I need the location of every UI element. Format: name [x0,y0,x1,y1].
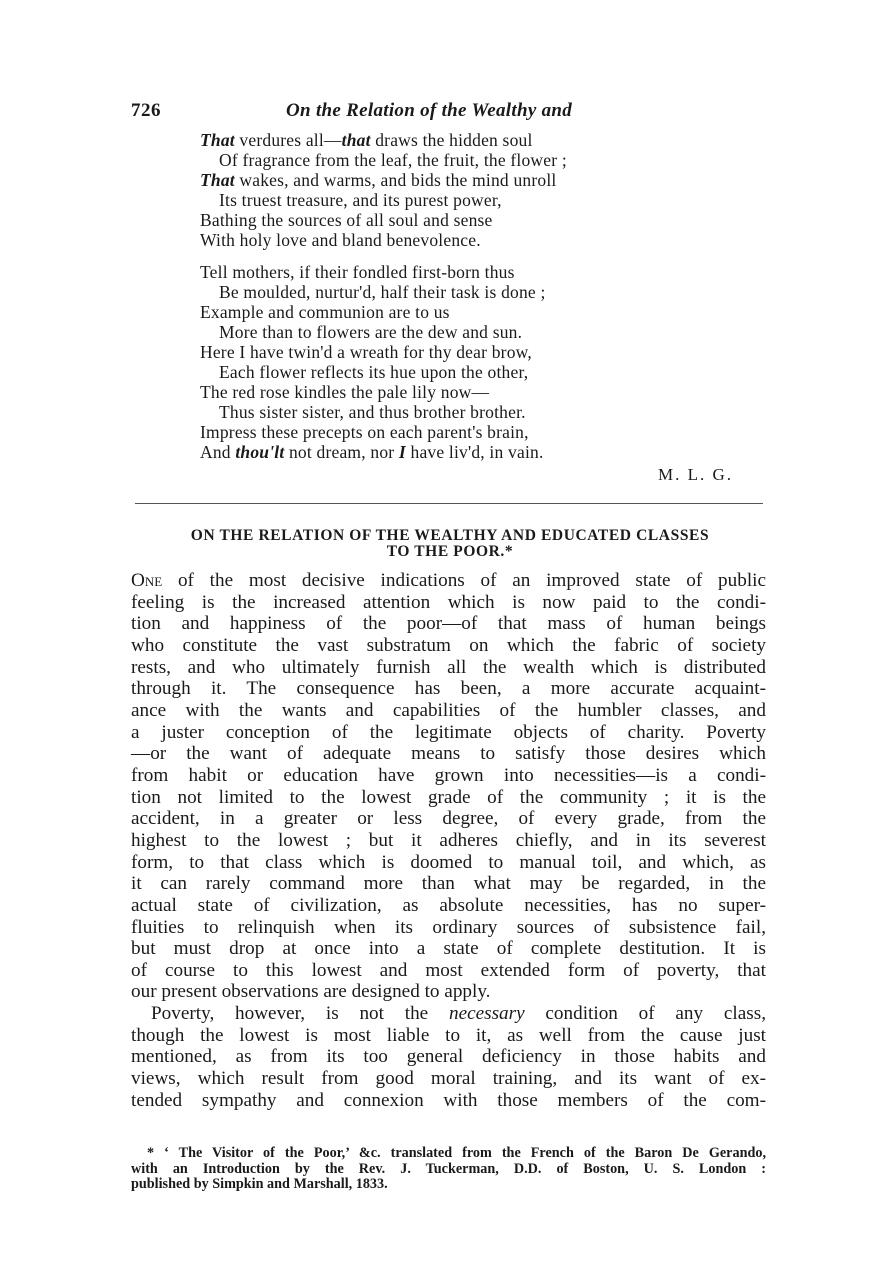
verse-line: Impress these precepts on each parent's … [200,422,760,442]
paragraph-1: One of the most decisive indications of … [131,570,766,1003]
body-line: tion and happiness of the poor—of that m… [131,613,766,635]
running-title: On the Relation of the Wealthy and [286,100,572,122]
body-line: One of the most decisive indications of … [131,570,766,592]
verse-line: Example and communion are to us [200,302,760,322]
page-number: 726 [131,100,161,122]
verse-line: Of fragrance from the leaf, the fruit, t… [200,150,760,170]
poem-stanza: Tell mothers, if their fondled first-bor… [200,262,760,462]
verse-line: Each flower reflects its hue upon the ot… [200,362,760,382]
verse-line: Here I have twin'd a wreath for thy dear… [200,342,760,362]
body-line: mentioned, as from its too general defic… [131,1046,766,1068]
verse-line: Thus sister sister, and thus brother bro… [200,402,760,422]
verse-line: Tell mothers, if their fondled first-bor… [200,262,760,282]
verse-line: And thou'lt not dream, nor I have liv'd,… [200,442,760,462]
body-line: from habit or education have grown into … [131,765,766,787]
body-line: though the lowest is most liable to it, … [131,1025,766,1047]
body-line: highest to the lowest ; but it adheres c… [131,830,766,852]
body-line: actual state of civilization, as absolut… [131,895,766,917]
footnote-line: published by Simpkin and Marshall, 1833. [131,1177,766,1193]
verse-line: More than to flowers are the dew and sun… [200,322,760,342]
body-line: Poverty, however, is not the necessary c… [131,1003,766,1025]
poem-stanza: That verdures all—that draws the hidden … [200,130,760,250]
body-line-text: Poverty, however, is not the [151,1003,449,1024]
body-line: form, to that class which is doomed to m… [131,852,766,874]
article-title-line-2: TO THE POOR.* [128,544,772,560]
emphasis-word: necessary [449,1003,525,1024]
body-line: rests, and who ultimately furnish all th… [131,657,766,679]
drop-word: One [131,570,162,591]
body-line: accident, in a greater or less degree, o… [131,808,766,830]
section-divider [135,503,763,504]
poem-signature: M. L. G. [658,465,733,485]
body-line: it can rarely command more than what may… [131,873,766,895]
body-line: fluities to relinquish when its ordinary… [131,917,766,939]
verse-line: With holy love and bland benevolence. [200,230,760,250]
body-line: —or the want of adequate means to satisf… [131,743,766,765]
body-line: tended sympathy and connexion with those… [131,1090,766,1112]
article-title-line-1: ON THE RELATION OF THE WEALTHY AND EDUCA… [128,528,772,544]
body-line: tion not limited to the lowest grade of … [131,787,766,809]
verse-line: That wakes, and warms, and bids the mind… [200,170,760,190]
footnote-line: * ‘ The Visitor of the Poor,’ &c. transl… [131,1146,766,1162]
body-line: through it. The consequence has been, a … [131,678,766,700]
article-title: ON THE RELATION OF THE WEALTHY AND EDUCA… [128,528,772,560]
body-line: of course to this lowest and most extend… [131,960,766,982]
verse-line: Be moulded, nurtur'd, half their task is… [200,282,760,302]
verse-line: Its truest treasure, and its purest powe… [200,190,760,210]
body-line: but must drop at once into a state of co… [131,938,766,960]
body-line: feeling is the increased attention which… [131,592,766,614]
body-line-text: condition of any class, [525,1003,766,1024]
verse-line: The red rose kindles the pale lily now— [200,382,760,402]
body-line: our present observations are designed to… [131,981,766,1003]
body-line-text: of the most decisive indications of an i… [162,570,766,591]
body-line: views, which result from good moral trai… [131,1068,766,1090]
body-line: who constitute the vast substratum on wh… [131,635,766,657]
body-line: a juster conception of the legitimate ob… [131,722,766,744]
document-page: 726 On the Relation of the Wealthy and T… [0,0,892,1281]
paragraph-2: Poverty, however, is not the necessary c… [131,1003,766,1111]
verse-line: That verdures all—that draws the hidden … [200,130,760,150]
verse-line: Bathing the sources of all soul and sens… [200,210,760,230]
footnote-line: with an Introduction by the Rev. J. Tuck… [131,1162,766,1178]
footnote: * ‘ The Visitor of the Poor,’ &c. transl… [131,1146,766,1193]
running-header: 726 On the Relation of the Wealthy and [131,100,771,126]
article-body: One of the most decisive indications of … [131,570,766,1111]
body-line: ance with the wants and capabilities of … [131,700,766,722]
poem: That verdures all—that draws the hidden … [200,130,760,462]
